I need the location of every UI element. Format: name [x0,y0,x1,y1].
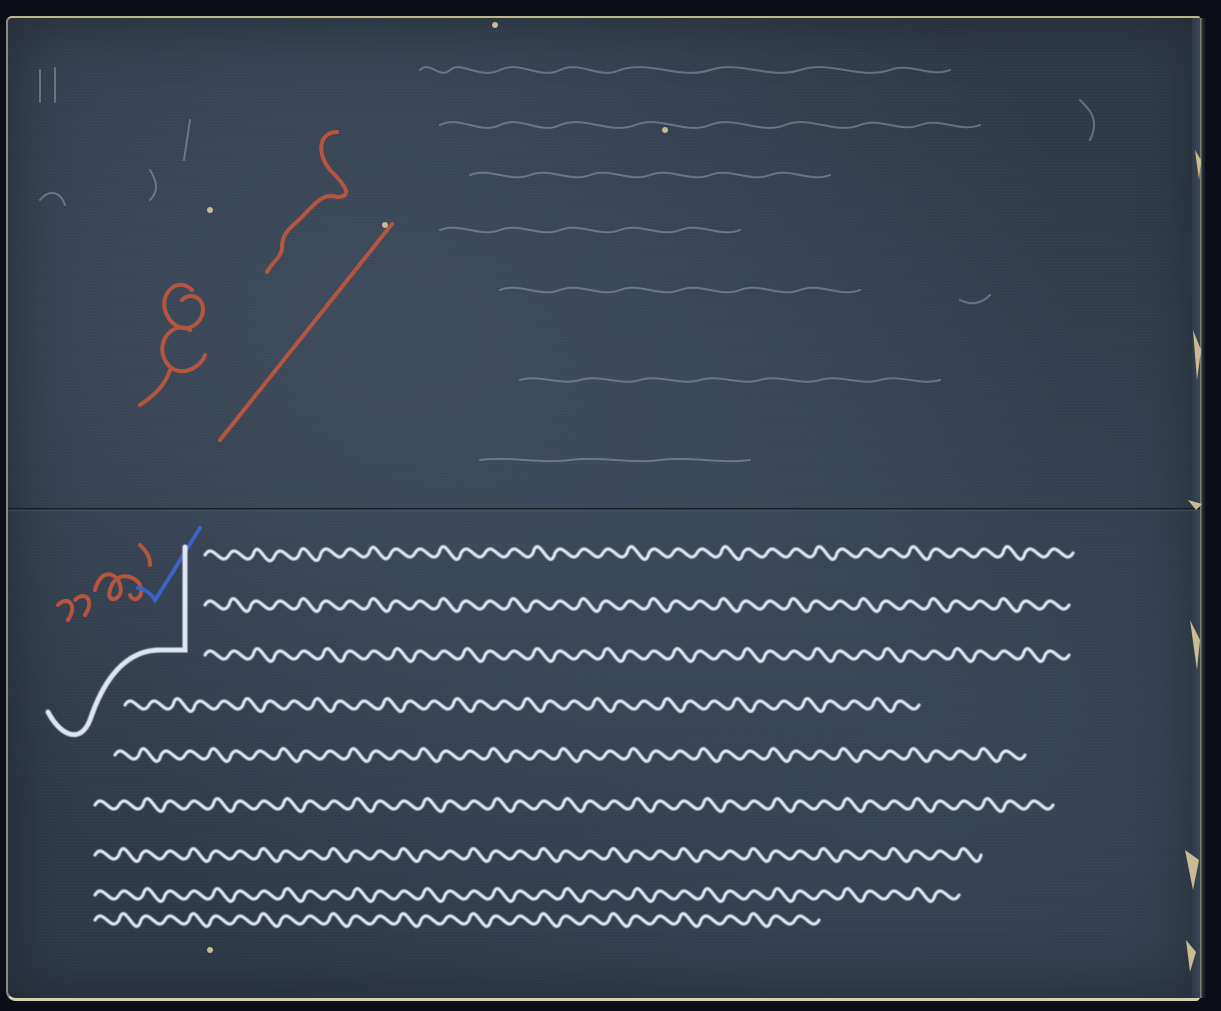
red-glyph-upper [267,132,346,272]
text-line-2 [205,599,1069,612]
text-line-6 [95,799,1053,812]
script-overlay [0,0,1221,1011]
red-margin-number [58,545,150,620]
blue-check-mark [138,528,200,600]
red-glyph-lower [140,285,205,405]
faded-ghost-writing [40,67,1094,461]
text-line-1 [205,547,1073,561]
edge-damage [207,22,1202,972]
text-line-7 [95,849,981,862]
photo-scene: Burmese parabaik manuscript folio faded,… [0,0,1221,1011]
main-text-block [95,547,1073,927]
text-line-9 [95,914,819,927]
red-pencil-annotation [140,132,392,440]
red-diagonal-line [220,224,392,440]
text-line-3 [205,649,1069,662]
text-line-4 [125,699,919,712]
text-line-5 [115,749,1025,762]
text-line-8 [95,889,959,902]
